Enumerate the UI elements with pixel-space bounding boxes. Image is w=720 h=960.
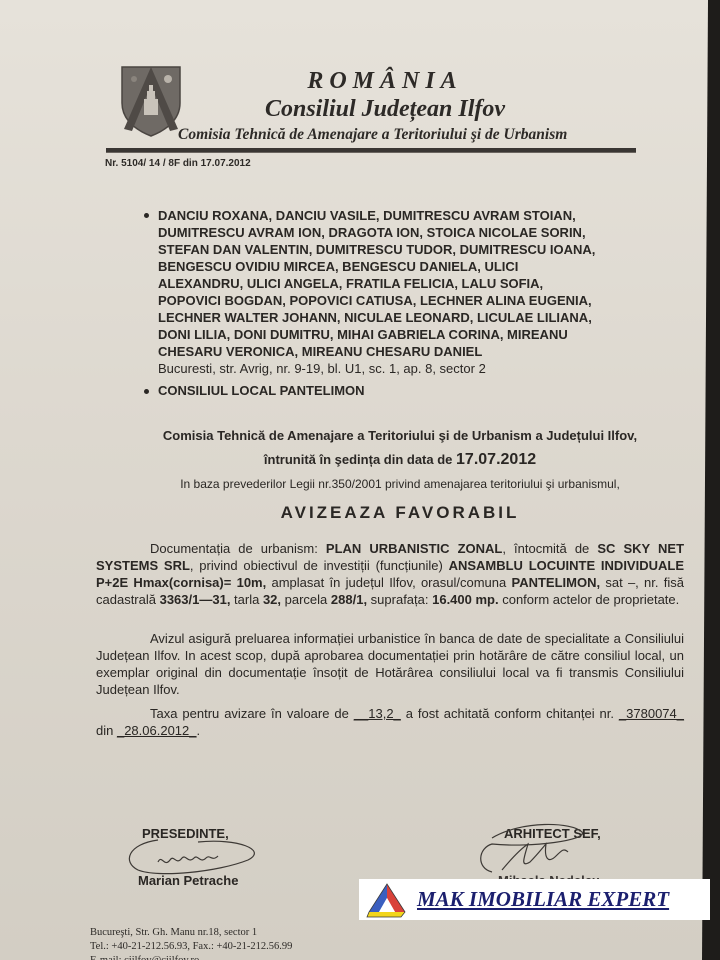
president-name: Marian Petrache xyxy=(138,873,238,888)
text: parcela xyxy=(281,592,331,607)
text: Documentația de urbanism: xyxy=(150,541,326,556)
decision-meeting: întrunită în şedința din data de 17.07.2… xyxy=(100,451,700,469)
recipient-local-council: CONSILIUL LOCAL PANTELIMON xyxy=(158,383,365,398)
document-number: Nr. 5104/ 14 / 8F din 17.07.2012 xyxy=(105,158,251,169)
triangle-logo-icon xyxy=(365,882,409,918)
parcel-number: 288/1, xyxy=(331,592,367,607)
meeting-date: 17.07.2012 xyxy=(456,451,536,468)
header-commission: Comisia Tehnică de Amenajare a Teritoriu… xyxy=(178,126,618,144)
text: suprafața: xyxy=(367,592,432,607)
decision-commission: Comisia Tehnică de Amenajare a Teritoriu… xyxy=(100,428,700,443)
recipient-names-line: ALEXANDRU, ULICI ANGELA, FRATILA FELICIA… xyxy=(158,275,638,292)
coat-of-arms-icon xyxy=(120,65,182,137)
paragraph-fee: Taxa pentru avizare în valoare de __13,2… xyxy=(96,705,684,739)
recipient-list: DANCIU ROXANA, DANCIU VASILE, DUMITRESCU… xyxy=(158,207,638,377)
text: Avizul asigură preluarea informației urb… xyxy=(96,631,684,697)
text: . xyxy=(197,723,201,738)
bullet-icon xyxy=(144,389,149,394)
footer-contact: Bucureşti, Str. Gh. Manu nr.18, sector 1… xyxy=(90,926,292,960)
document-page: ROMÂNIA Consiliul Județean Ilfov Comisia… xyxy=(0,0,720,960)
footer-email: E-mail: cjilfov@cjilfov.ro xyxy=(90,954,292,960)
architect-signature-icon xyxy=(472,818,602,880)
text: , privind obiectivul de investiții (func… xyxy=(190,558,449,573)
recipient-names: DANCIU ROXANA, DANCIU VASILE, DUMITRESCU… xyxy=(158,207,638,360)
recipient-names-line: DONI LILIA, DONI DUMITRU, MIHAI GABRIELA… xyxy=(158,326,638,343)
recipient-names-line: DUMITRESCU AVRAM ION, DRAGOTA ION, STOIC… xyxy=(158,224,638,241)
text: Taxa pentru avizare în valoare de xyxy=(150,706,354,721)
meeting-prefix: întrunită în şedința din data de xyxy=(264,452,453,467)
plan-type: PLAN URBANISTIC ZONAL xyxy=(326,541,502,556)
watermark-text: MAK IMOBILIAR EXPERT xyxy=(417,887,669,912)
bullet-icon xyxy=(144,213,149,218)
text: amplasat în județul Ilfov, orasul/comuna xyxy=(266,575,511,590)
footer-phone: Tel.: +40-21-212.56.93, Fax.: +40-21-212… xyxy=(90,940,292,954)
recipient-address: Bucuresti, str. Avrig, nr. 9-19, bl. U1,… xyxy=(158,360,638,377)
recipient-names-line: DANCIU ROXANA, DANCIU VASILE, DUMITRESCU… xyxy=(158,207,638,224)
recipient-names-line: CHESARU VERONICA, MIREANU CHESARU DANIEL xyxy=(158,343,638,360)
paragraph-notice: Avizul asigură preluarea informației urb… xyxy=(96,630,684,698)
footer-address: Bucureşti, Str. Gh. Manu nr.18, sector 1 xyxy=(90,926,292,940)
header-council: Consiliul Județean Ilfov xyxy=(175,96,595,123)
recipient-names-line: POPOVICI BOGDAN, POPOVICI CATIUSA, LECHN… xyxy=(158,292,638,309)
text: din xyxy=(96,723,117,738)
recipient-names-line: BENGESCU OVIDIU MIRCEA, BENGESCU DANIELA… xyxy=(158,258,638,275)
receipt-date: _28.06.2012_ xyxy=(117,723,197,738)
verdict-heading: AVIZEAZA FAVORABIL xyxy=(100,503,700,523)
header-divider xyxy=(106,148,636,153)
text: tarla xyxy=(230,592,263,607)
text: a fost achitată conform chitanței nr. xyxy=(401,706,619,721)
cadastral-number: 3363/1—31, xyxy=(160,592,231,607)
surface-area: 16.400 mp. xyxy=(432,592,499,607)
recipient-names-line: STEFAN DAN VALENTIN, DUMITRESCU TUDOR, D… xyxy=(158,241,638,258)
legal-basis: In baza prevederilor Legii nr.350/2001 p… xyxy=(100,477,700,491)
paragraph-documentation: Documentația de urbanism: PLAN URBANISTI… xyxy=(96,540,684,608)
fee-amount: __13,2_ xyxy=(354,706,401,721)
recipient-names-line: LECHNER WALTER JOHANN, NICULAE LEONARD, … xyxy=(158,309,638,326)
receipt-number: _3780074_ xyxy=(619,706,684,721)
watermark-banner: MAK IMOBILIAR EXPERT xyxy=(359,879,710,920)
text: , întocmită de xyxy=(502,541,597,556)
tarla-number: 32, xyxy=(263,592,281,607)
locality: PANTELIMON, xyxy=(511,575,600,590)
header-country: ROMÂNIA xyxy=(175,68,595,95)
text: conform actelor de proprietate. xyxy=(499,592,680,607)
